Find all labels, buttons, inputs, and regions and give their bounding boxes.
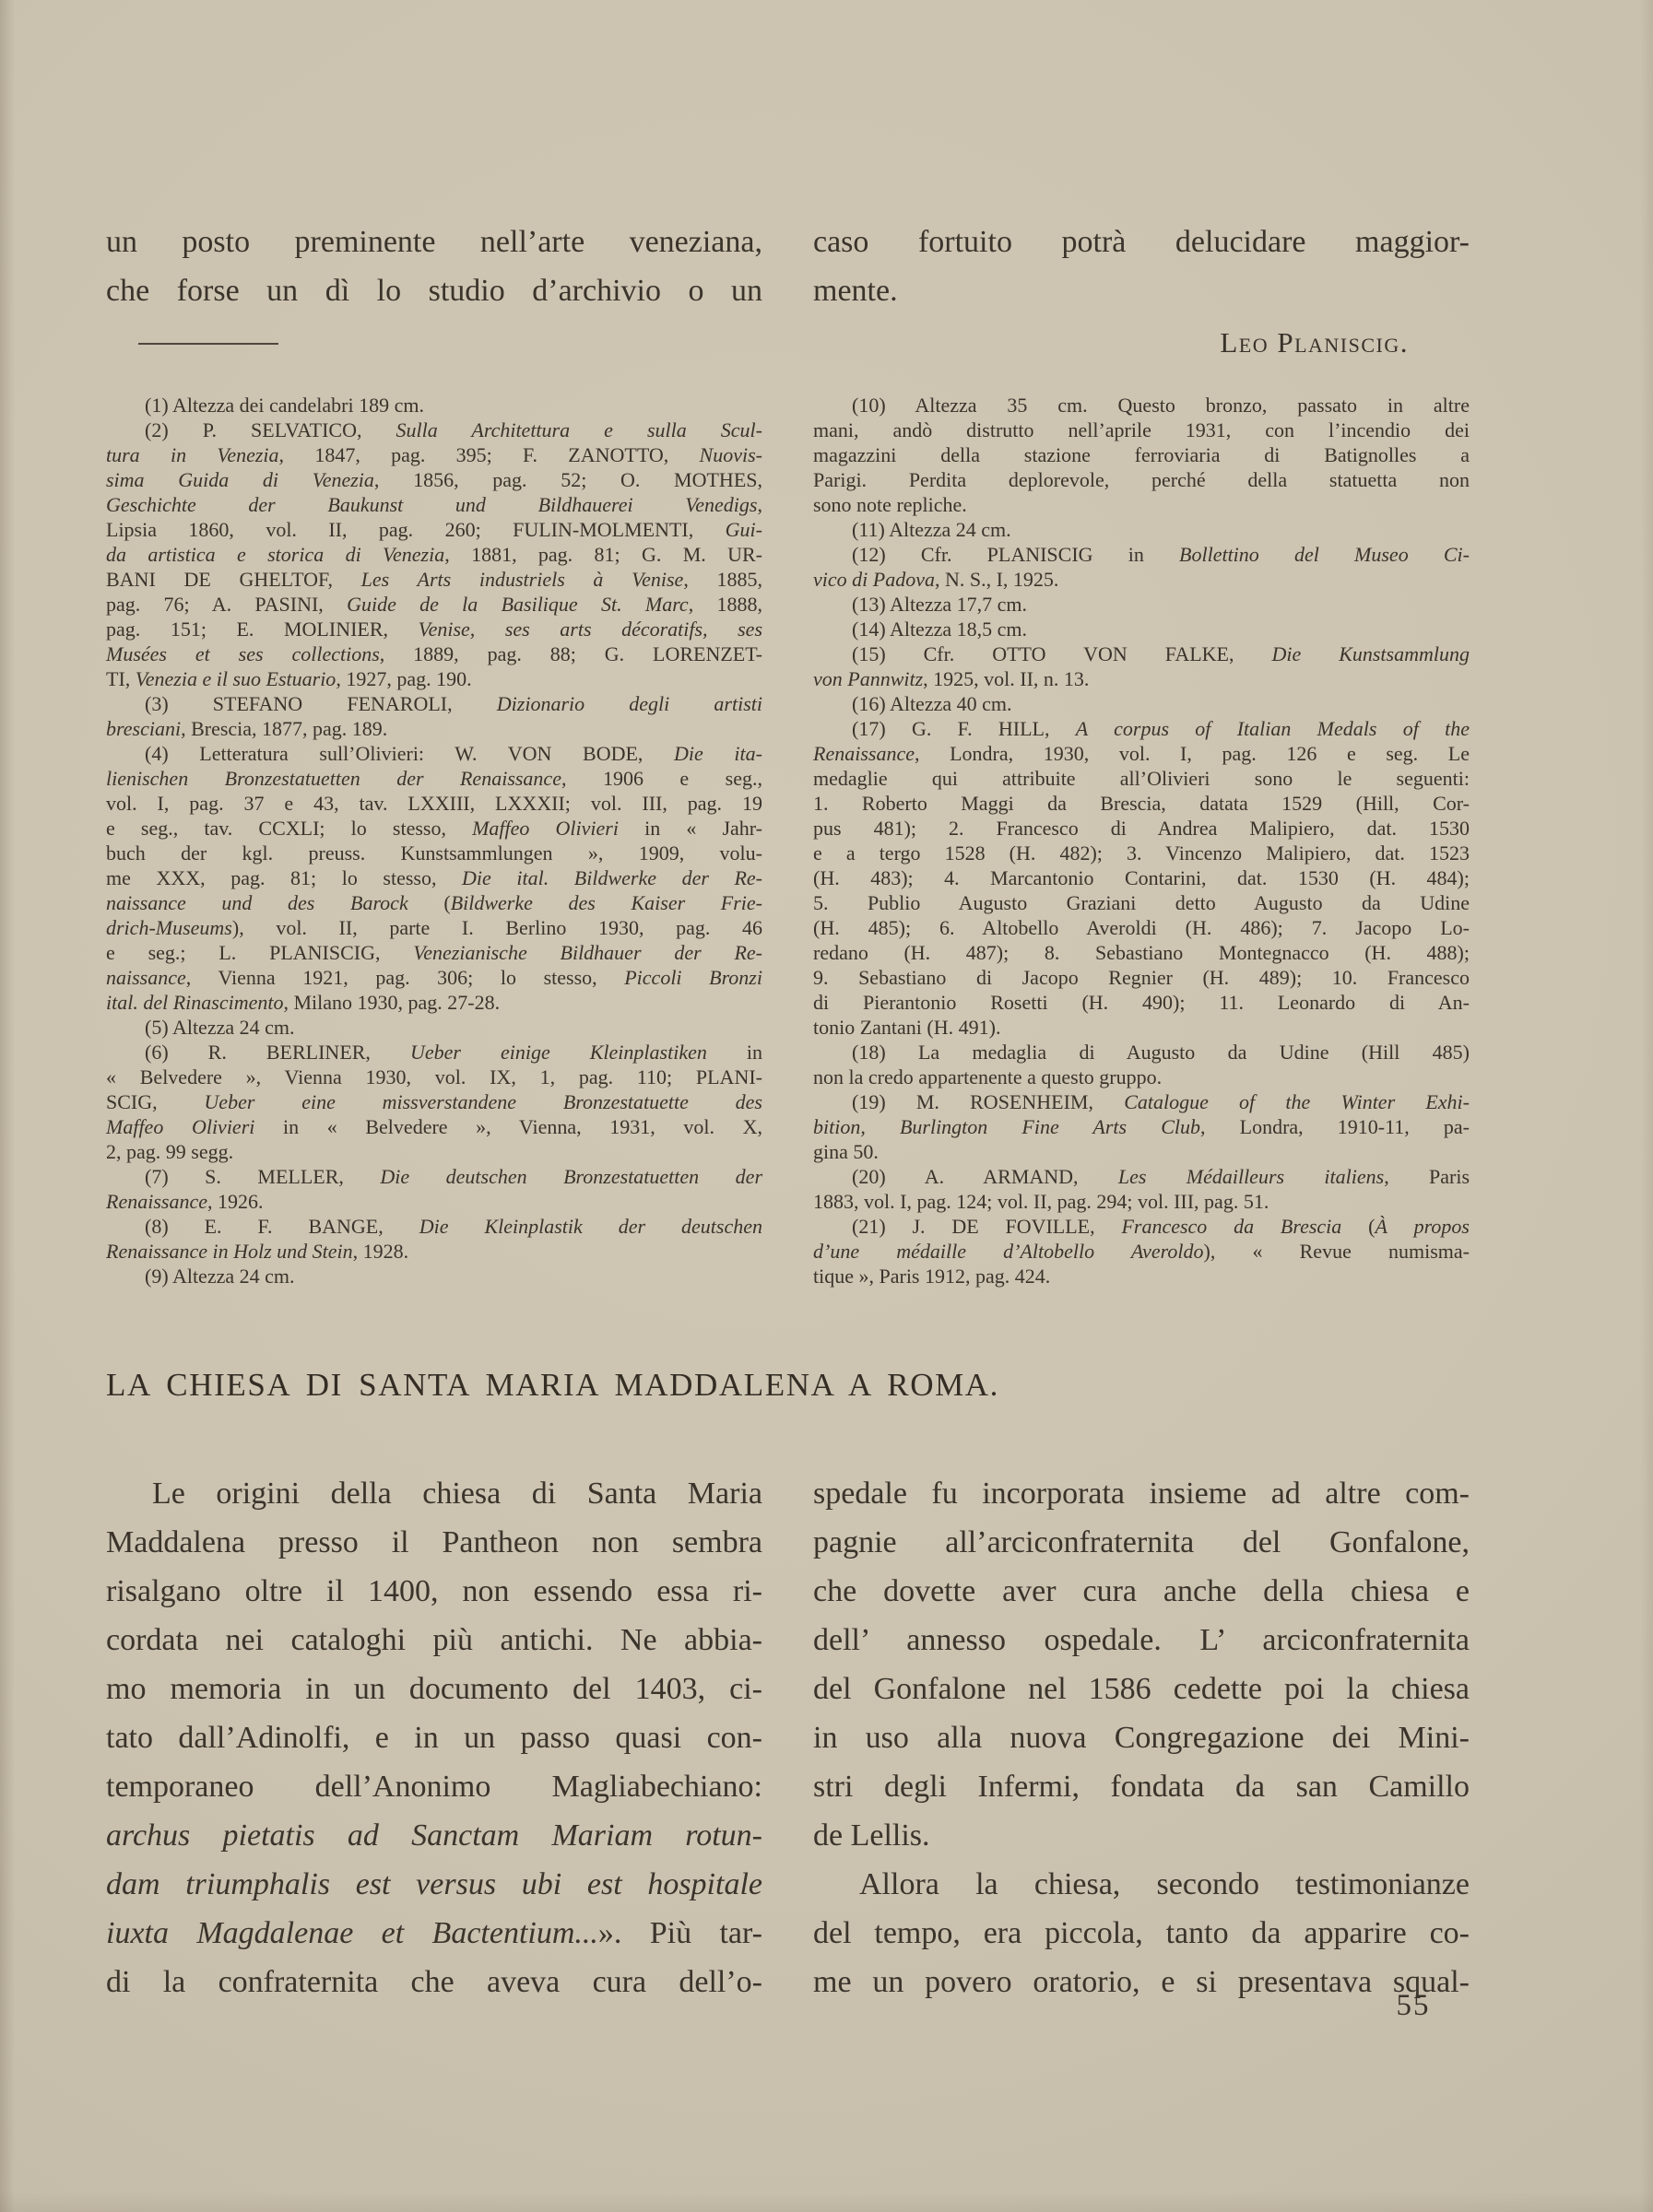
text-line: del Gonfalone nel 1586 cedette poi la ch… [813,1665,1470,1713]
text-run: ( [1341,1215,1375,1238]
text-line: Parigi. Perdita deplorevole, perché dell… [813,467,1470,492]
text-run: (10) Altezza 35 cm. Questo bronzo, passa… [852,394,1470,417]
footnote-13: (13) Altezza 17,7 cm. [813,592,1470,617]
text-run: 5. Publio Augusto Graziani detto Augusto… [813,891,1470,914]
italic-text-run: Renaissance [106,1190,207,1213]
italic-text-run: Die Kunstsammlung [1271,642,1470,665]
text-line: vico di Padova, N. S., I, 1925. [813,567,1470,592]
text-run: (5) Altezza 24 cm. [145,1016,295,1039]
text-line: (18) La medaglia di Augusto da Udine (Hi… [813,1040,1470,1065]
text-run: cordata nei cataloghi più antichi. Ne ab… [106,1623,762,1657]
text-line: lienischen Bronzestatuetten der Renaissa… [106,766,762,791]
intro-right-column: caso fortuito potrà delucidare maggior-m… [813,218,1470,359]
text-line: Lipsia 1860, vol. II, pag. 260; FULIN-MO… [106,517,762,542]
text-line: « Belvedere », Vienna 1930, vol. IX, 1, … [106,1065,762,1089]
text-line: magazzini della stazione ferroviaria di … [813,442,1470,467]
text-run: magazzini della stazione ferroviaria di … [813,443,1470,466]
italic-text-run: iuxta Magdalenae et Bactentium... [106,1916,598,1950]
body-right-column: spedale fu incorporata insieme ad altre … [813,1469,1470,2006]
italic-text-run: lienischen Bronzestatuetten der Renaissa… [106,767,561,790]
italic-text-run: bresciani [106,717,181,740]
text-line: tato dall’Adinolfi, e in un passo quasi … [106,1713,762,1762]
text-run: (2) P. SELVATICO, [145,418,396,441]
text-run: medaglie qui attribuite all’Olivieri son… [813,767,1470,790]
text-line: tonio Zantani (H. 491). [813,1015,1470,1040]
text-run: (20) A. ARMAND, [852,1165,1118,1188]
text-line: cordata nei cataloghi più antichi. Ne ab… [106,1616,762,1665]
italic-text-run: Les Médailleurs italiens [1118,1165,1384,1188]
text-run: temporaneo dell’Anonimo Magliabechiano: [106,1770,762,1804]
text-run: 1. Roberto Maggi da Brescia, datata 1529… [813,792,1470,815]
section-heading: LA CHIESA DI SANTA MARIA MADDALENA A ROM… [106,1367,1305,1404]
body-left-column: Le origini della chiesa di Santa MariaMa… [106,1469,762,2006]
text-line: de Lellis. [813,1811,1470,1860]
text-line: mani, andò distrutto nell’aprile 1931, c… [813,418,1470,442]
footnote-7: (7) S. MELLER, Die deutschen Bronzestatu… [106,1164,762,1214]
italic-text-run: Geschichte der Baukunst und Bildhauerei … [106,493,758,516]
text-run: ( [408,891,451,914]
text-run: , 1881, pag. 81; G. M. UR- [444,543,762,566]
footnote-6: (6) R. BERLINER, Ueber einige Kleinplast… [106,1040,762,1164]
italic-text-run: Maffeo Olivieri [106,1115,254,1138]
text-line: Geschichte der Baukunst und Bildhauerei … [106,492,762,517]
text-line: Maddalena presso il Pantheon non sembra [106,1518,762,1567]
footnote-14: (14) Altezza 18,5 cm. [813,617,1470,641]
text-run: 9. Sebastiano di Jacopo Regnier (H. 489)… [813,966,1470,989]
text-run: , Vienna 1921, pag. 306; lo stesso, [186,966,624,989]
text-run: Parigi. Perdita deplorevole, perché dell… [813,468,1470,491]
text-line: drich-Museums), vol. II, parte I. Berlin… [106,915,762,940]
text-run: mente. [813,274,898,308]
text-run: e seg.; L. PLANISCIG, [106,941,413,964]
text-line: d’une médaille d’Altobello Averoldo), « … [813,1239,1470,1264]
text-run: (12) Cfr. PLANISCIG in [852,543,1179,566]
text-line: Allora la chiesa, secondo testimonianze [813,1860,1470,1909]
text-run: , 1928. [353,1240,409,1263]
italic-text-run: archus pietatis ad Sanctam Mariam rotun- [106,1818,762,1853]
text-line: un posto preminente nell’arte veneziana, [106,218,762,266]
text-run: e a tergo 1528 (H. 482); 3. Vincenzo Mal… [813,841,1470,865]
intro-right-text: caso fortuito potrà delucidare maggior-m… [813,218,1470,315]
text-line: (4) Letteratura sull’Olivieri: W. VON BO… [106,741,762,766]
italic-text-run: Venise, ses arts décoratifs, ses [419,618,762,641]
text-line: (H. 485); 6. Altobello Averoldi (H. 486)… [813,915,1470,940]
italic-text-run: Venezianische Bildhauer der Re- [413,941,762,964]
italic-text-run: dam triumphalis est versus ubi est hospi… [106,1867,762,1901]
text-run: in « Belvedere », Vienna, 1931, vol. X, [254,1115,762,1138]
italic-text-run: Maffeo Olivieri [472,817,619,840]
italic-text-run: Les Arts industriels à Venise [361,568,684,591]
footnote-10: (10) Altezza 35 cm. Questo bronzo, passa… [813,393,1470,517]
footnote-9: (9) Altezza 24 cm. [106,1264,762,1288]
italic-text-run: von Pannwitz [813,667,923,690]
text-run: non la credo appartenente a questo grupp… [813,1065,1162,1088]
italic-text-run: Dizionario degli artisti [497,692,762,715]
italic-text-run: Gui- [726,518,762,541]
text-line: Renaissance, Londra, 1930, vol. I, pag. … [813,741,1470,766]
text-line: sono note repliche. [813,492,1470,517]
footnote-8: (8) E. F. BANGE, Die Kleinplastik der de… [106,1214,762,1264]
italic-text-run: Die deutschen Bronzestatuetten der [380,1165,762,1188]
italic-text-run: Renaissance [813,742,915,765]
text-run: stri degli Infermi, fondata da san Camil… [813,1770,1470,1804]
text-run: un posto preminente nell’arte veneziana, [106,225,762,259]
text-run: dell’ annesso ospedale. L’ arciconfrater… [813,1623,1470,1657]
text-run: , 1856, pag. 52; O. MOTHES, [374,468,762,491]
text-line: Renaissance in Holz und Stein, 1928. [106,1239,762,1264]
text-line: spedale fu incorporata insieme ad altre … [813,1469,1470,1518]
text-run: (1) Altezza dei candelabri 189 cm. [145,394,424,417]
text-line: tique », Paris 1912, pag. 424. [813,1264,1470,1288]
italic-text-run: Musées et ses collections [106,642,380,665]
text-run: , Londra, 1910-11, pa- [1200,1115,1470,1138]
text-run: Lipsia 1860, vol. II, pag. 260; FULIN-MO… [106,518,726,541]
italic-text-run: Venezia e il suo Estuario [136,667,337,690]
text-run: ), vol. II, parte I. Berlino 1930, pag. … [232,916,762,939]
text-line: non la credo appartenente a questo grupp… [813,1065,1470,1089]
text-run: e seg., tav. CCXLI; lo stesso, [106,817,472,840]
text-line: di Pierantonio Rosetti (H. 490); 11. Leo… [813,990,1470,1015]
text-run: mo memoria in un documento del 1403, ci- [106,1672,762,1706]
paragraph: caso fortuito potrà delucidare maggior-m… [813,218,1470,315]
text-run: (7) S. MELLER, [145,1165,380,1188]
text-run: , [758,493,763,516]
text-line: pag. 76; A. PASINI, Guide de la Basiliqu… [106,592,762,617]
footnote-20: (20) A. ARMAND, Les Médailleurs italiens… [813,1164,1470,1214]
text-run: (H. 485); 6. Altobello Averoldi (H. 486)… [813,916,1470,939]
text-line: (11) Altezza 24 cm. [813,517,1470,542]
text-line: naissance und des Barock (Bildwerke des … [106,890,762,915]
text-run: (8) E. F. BANGE, [145,1215,419,1238]
text-run: (3) STEFANO FENAROLI, [145,692,497,715]
text-line: stri degli Infermi, fondata da san Camil… [813,1762,1470,1811]
text-run: (19) M. ROSENHEIM, [852,1090,1124,1113]
text-line: pagnie all’arciconfraternita del Gonfalo… [813,1518,1470,1567]
text-run: (15) Cfr. OTTO VON FALKE, [852,642,1271,665]
text-line: 5. Publio Augusto Graziani detto Augusto… [813,890,1470,915]
text-run: (16) Altezza 40 cm. [852,692,1012,715]
text-run: (11) Altezza 24 cm. [852,518,1011,541]
text-line: iuxta Magdalenae et Bactentium...». Più … [106,1909,762,1958]
text-run: (6) R. BERLINER, [145,1041,410,1064]
text-run: de Lellis. [813,1818,930,1853]
text-line: del tempo, era piccola, tanto da apparir… [813,1909,1470,1958]
text-run: in uso alla nuova Congregazione dei Mini… [813,1721,1470,1755]
text-run: (H. 483); 4. Marcantonio Contarini, dat.… [813,866,1470,889]
footnote-21: (21) J. DE FOVILLE, Francesco da Brescia… [813,1214,1470,1288]
italic-text-run: Ueber eine missverstandene Bronzestatuet… [204,1090,762,1113]
text-run: SCIG, [106,1090,204,1113]
text-run: pag. 151; E. MOLINIER, [106,618,419,641]
text-line: mente. [813,266,1470,315]
text-run: pus 481); 2. Francesco di Andrea Malipie… [813,817,1470,840]
text-line: mo memoria in un documento del 1403, ci- [106,1665,762,1713]
text-run: gina 50. [813,1140,879,1163]
italic-text-run: A corpus of Italian Medals of the [1076,717,1470,740]
text-line: 9. Sebastiano di Jacopo Regnier (H. 489)… [813,965,1470,990]
text-run: , 1847, pag. 395; F. ZANOTTO, [279,443,700,466]
italic-text-run: sima Guida di Venezia [106,468,374,491]
book-page: un posto preminente nell’arte veneziana,… [0,0,1653,2212]
text-line: (5) Altezza 24 cm. [106,1015,762,1040]
text-line: 1. Roberto Maggi da Brescia, datata 1529… [813,791,1470,816]
text-run: (14) Altezza 18,5 cm. [852,618,1027,641]
text-run: , 1926. [207,1190,264,1213]
text-run: pagnie all’arciconfraternita del Gonfalo… [813,1525,1470,1559]
page-number: 55 [1372,1989,1455,2023]
text-line: dell’ annesso ospedale. L’ arciconfrater… [813,1616,1470,1665]
italic-text-run: Catalogue of the Winter Exhi- [1124,1090,1470,1113]
text-run: , Paris [1384,1165,1470,1188]
text-line: e seg., tav. CCXLI; lo stesso, Maffeo Ol… [106,816,762,841]
paragraph: un posto preminente nell’arte veneziana,… [106,218,762,315]
text-run: spedale fu incorporata insieme ad altre … [813,1477,1470,1511]
text-line: di la confraternita che aveva cura dell’… [106,1958,762,2006]
italic-text-run: Bildwerke des Kaiser Frie- [451,891,762,914]
italic-text-run: da artistica e storica di Venezia [106,543,444,566]
text-line: ital. del Rinascimento, Milano 1930, pag… [106,990,762,1015]
text-line: medaglie qui attribuite all’Olivieri son… [813,766,1470,791]
text-line: da artistica e storica di Venezia, 1881,… [106,542,762,567]
text-run: pag. 76; A. PASINI, [106,593,347,616]
text-line: bresciani, Brescia, 1877, pag. 189. [106,716,762,741]
italic-text-run: Francesco da Brescia [1121,1215,1341,1238]
text-line: buch der kgl. preuss. Kunstsammlungen »,… [106,841,762,865]
text-line: Musées et ses collections, 1889, pag. 88… [106,641,762,666]
text-line: (9) Altezza 24 cm. [106,1264,762,1288]
footnote-3: (3) STEFANO FENAROLI, Dizionario degli a… [106,691,762,741]
italic-text-run: Nuovis- [700,443,762,466]
text-line: (3) STEFANO FENAROLI, Dizionario degli a… [106,691,762,716]
text-run: (17) G. F. HILL, [852,717,1076,740]
footnote-12: (12) Cfr. PLANISCIG in Bollettino del Mu… [813,542,1470,592]
text-line: che dovette aver cura anche della chiesa… [813,1567,1470,1616]
italic-text-run: Die ita- [674,742,762,765]
italic-text-run: naissance [106,966,186,989]
footnote-separator-rule [138,343,278,345]
text-line: Le origini della chiesa di Santa Maria [106,1469,762,1518]
text-line: dam triumphalis est versus ubi est hospi… [106,1860,762,1909]
text-run: tonio Zantani (H. 491). [813,1016,1000,1039]
footnote-16: (16) Altezza 40 cm. [813,691,1470,716]
text-run: , Londra, 1930, vol. I, pag. 126 e seg. … [915,742,1470,765]
text-line: (20) A. ARMAND, Les Médailleurs italiens… [813,1164,1470,1189]
text-run: che forse un dì lo studio d’archivio o u… [106,274,762,308]
text-line: (2) P. SELVATICO, Sulla Architettura e s… [106,418,762,442]
text-line: (19) M. ROSENHEIM, Catalogue of the Wint… [813,1089,1470,1114]
text-run: (13) Altezza 17,7 cm. [852,593,1027,616]
text-run: , 1889, pag. 88; G. LORENZET- [380,642,762,665]
text-run: , 1885, [683,568,762,591]
italic-text-run: d’une médaille d’Altobello Averoldo [813,1240,1204,1263]
italic-text-run: tura in Venezia [106,443,279,466]
text-line: SCIG, Ueber eine missverstandene Bronzes… [106,1089,762,1114]
text-run: tato dall’Adinolfi, e in un passo quasi … [106,1721,762,1755]
footnote-1: (1) Altezza dei candelabri 189 cm. [106,393,762,418]
text-run: del tempo, era piccola, tanto da apparir… [813,1916,1470,1950]
footnote-18: (18) La medaglia di Augusto da Udine (Hi… [813,1040,1470,1089]
text-run: 1883, vol. I, pag. 124; vol. II, pag. 29… [813,1190,1269,1213]
text-line: (14) Altezza 18,5 cm. [813,617,1470,641]
paragraph: Allora la chiesa, secondo testimonianzed… [813,1860,1470,2006]
text-run: in [707,1041,762,1064]
italic-text-run: naissance und des Barock [106,891,408,914]
text-line: tura in Venezia, 1847, pag. 395; F. ZANO… [106,442,762,467]
text-run: , Milano 1930, pag. 27-28. [283,991,500,1014]
text-run: Maddalena presso il Pantheon non sembra [106,1525,762,1559]
text-line: e seg.; L. PLANISCIG, Venezianische Bild… [106,940,762,965]
text-run: mani, andò distrutto nell’aprile 1931, c… [813,418,1470,441]
text-line: (15) Cfr. OTTO VON FALKE, Die Kunstsamml… [813,641,1470,666]
text-run: buch der kgl. preuss. Kunstsammlungen »,… [106,841,762,865]
text-line: vol. I, pag. 37 e 43, tav. LXXIII, LXXXI… [106,791,762,816]
italic-text-run: Renaissance in Holz und Stein [106,1240,353,1263]
text-run: TI, [106,667,136,690]
text-run: tique », Paris 1912, pag. 424. [813,1265,1050,1288]
text-line: (16) Altezza 40 cm. [813,691,1470,716]
text-line: BANI DE GHELTOF, Les Arts industriels à … [106,567,762,592]
text-line: gina 50. [813,1139,1470,1164]
text-line: me XXX, pag. 81; lo stesso, Die ital. Bi… [106,865,762,890]
text-run: BANI DE GHELTOF, [106,568,361,591]
text-run: « Belvedere », Vienna 1930, vol. IX, 1, … [106,1065,762,1088]
text-line: (13) Altezza 17,7 cm. [813,592,1470,617]
text-line: (1) Altezza dei candelabri 189 cm. [106,393,762,418]
text-run: , 1927, pag. 190. [336,667,471,690]
text-line: Renaissance, 1926. [106,1189,762,1214]
text-run: risalgano oltre il 1400, non essendo ess… [106,1574,762,1608]
text-run: , Brescia, 1877, pag. 189. [181,717,387,740]
text-run: (9) Altezza 24 cm. [145,1265,295,1288]
text-line: archus pietatis ad Sanctam Mariam rotun- [106,1811,762,1860]
text-line: temporaneo dell’Anonimo Magliabechiano: [106,1762,762,1811]
footnote-5: (5) Altezza 24 cm. [106,1015,762,1040]
italic-text-run: ital. del Rinascimento [106,991,283,1014]
footnote-15: (15) Cfr. OTTO VON FALKE, Die Kunstsamml… [813,641,1470,691]
italic-text-run: Die ital. Bildwerke der Re- [462,866,762,889]
text-line: (10) Altezza 35 cm. Questo bronzo, passa… [813,393,1470,418]
italic-text-run: vico di Padova [813,568,935,591]
text-line: (6) R. BERLINER, Ueber einige Kleinplast… [106,1040,762,1065]
text-run: di la confraternita che aveva cura dell’… [106,1965,762,1999]
text-run: caso fortuito potrà delucidare maggior- [813,225,1470,259]
text-line: redano (H. 487); 8. Sebastiano Montegnac… [813,940,1470,965]
text-line: bition, Burlington Fine Arts Club, Londr… [813,1114,1470,1139]
text-run: del Gonfalone nel 1586 cedette poi la ch… [813,1672,1470,1706]
text-line: pag. 151; E. MOLINIER, Venise, ses arts … [106,617,762,641]
text-run: ), « Revue numisma- [1204,1240,1470,1263]
text-line: (7) S. MELLER, Die deutschen Bronzestatu… [106,1164,762,1189]
text-run: , N. S., I, 1925. [935,568,1058,591]
text-run: in « Jahr- [619,817,762,840]
text-run: sono note repliche. [813,493,967,516]
paragraph: Le origini della chiesa di Santa MariaMa… [106,1469,762,2006]
text-line: 2, pag. 99 segg. [106,1139,762,1164]
text-run: 2, pag. 99 segg. [106,1140,233,1163]
text-line: von Pannwitz, 1925, vol. II, n. 13. [813,666,1470,691]
paragraph: spedale fu incorporata insieme ad altre … [813,1469,1470,1860]
text-run: che dovette aver cura anche della chiesa… [813,1574,1470,1608]
text-line: pus 481); 2. Francesco di Andrea Malipie… [813,816,1470,841]
text-run: di Pierantonio Rosetti (H. 490); 11. Leo… [813,991,1470,1014]
text-line: 1883, vol. I, pag. 124; vol. II, pag. 29… [813,1189,1470,1214]
italic-text-run: Ueber einige Kleinplastiken [410,1041,707,1064]
text-line: risalgano oltre il 1400, non essendo ess… [106,1567,762,1616]
italic-text-run: bition, Burlington Fine Arts Club [813,1115,1200,1138]
footnote-11: (11) Altezza 24 cm. [813,517,1470,542]
text-run: (18) La medaglia di Augusto da Udine (Hi… [852,1041,1470,1064]
text-run: , 1888, [689,593,762,616]
intro-left-column: un posto preminente nell’arte veneziana,… [106,218,762,315]
text-run: Le origini della chiesa di Santa Maria [152,1477,762,1511]
text-line: Maffeo Olivieri in « Belvedere », Vienna… [106,1114,762,1139]
text-line: in uso alla nuova Congregazione dei Mini… [813,1713,1470,1762]
italic-text-run: Bollettino del Museo Ci- [1179,543,1470,566]
footnotes-left-column: (1) Altezza dei candelabri 189 cm.(2) P.… [106,393,762,1288]
text-line: (12) Cfr. PLANISCIG in Bollettino del Mu… [813,542,1470,567]
text-run: (4) Letteratura sull’Olivieri: W. VON BO… [145,742,674,765]
italic-text-run: Guide de la Basilique St. Marc [347,593,689,616]
text-line: caso fortuito potrà delucidare maggior- [813,218,1470,266]
text-line: che forse un dì lo studio d’archivio o u… [106,266,762,315]
text-line: e a tergo 1528 (H. 482); 3. Vincenzo Mal… [813,841,1470,865]
footnote-2: (2) P. SELVATICO, Sulla Architettura e s… [106,418,762,691]
text-run: , 1906 e seg., [561,767,762,790]
text-line: sima Guida di Venezia, 1856, pag. 52; O.… [106,467,762,492]
text-run: (21) J. DE FOVILLE, [852,1215,1121,1238]
footnote-19: (19) M. ROSENHEIM, Catalogue of the Wint… [813,1089,1470,1164]
italic-text-run: Sulla Architettura e sulla Scul- [396,418,762,441]
text-run: ». Più tar- [598,1916,762,1950]
italic-text-run: drich-Museums [106,916,232,939]
text-line: (8) E. F. BANGE, Die Kleinplastik der de… [106,1214,762,1239]
italic-text-run: Piccoli Bronzi [624,966,762,989]
text-run: Allora la chiesa, secondo testimonianze [859,1867,1470,1901]
author-signature: Leo Planiscig. [813,326,1470,359]
italic-text-run: Die Kleinplastik der deutschen [419,1215,762,1238]
italic-text-run: À propos [1375,1215,1470,1238]
footnotes-right-column: (10) Altezza 35 cm. Questo bronzo, passa… [813,393,1470,1288]
text-line: TI, Venezia e il suo Estuario, 1927, pag… [106,666,762,691]
text-run: me XXX, pag. 81; lo stesso, [106,866,462,889]
footnote-4: (4) Letteratura sull’Olivieri: W. VON BO… [106,741,762,1015]
text-line: (H. 483); 4. Marcantonio Contarini, dat.… [813,865,1470,890]
text-run: vol. I, pag. 37 e 43, tav. LXXIII, LXXXI… [106,792,762,815]
text-line: (21) J. DE FOVILLE, Francesco da Brescia… [813,1214,1470,1239]
text-run: redano (H. 487); 8. Sebastiano Montegnac… [813,941,1470,964]
text-line: naissance, Vienna 1921, pag. 306; lo ste… [106,965,762,990]
text-line: (17) G. F. HILL, A corpus of Italian Med… [813,716,1470,741]
text-run: , 1925, vol. II, n. 13. [923,667,1089,690]
footnote-17: (17) G. F. HILL, A corpus of Italian Med… [813,716,1470,1040]
